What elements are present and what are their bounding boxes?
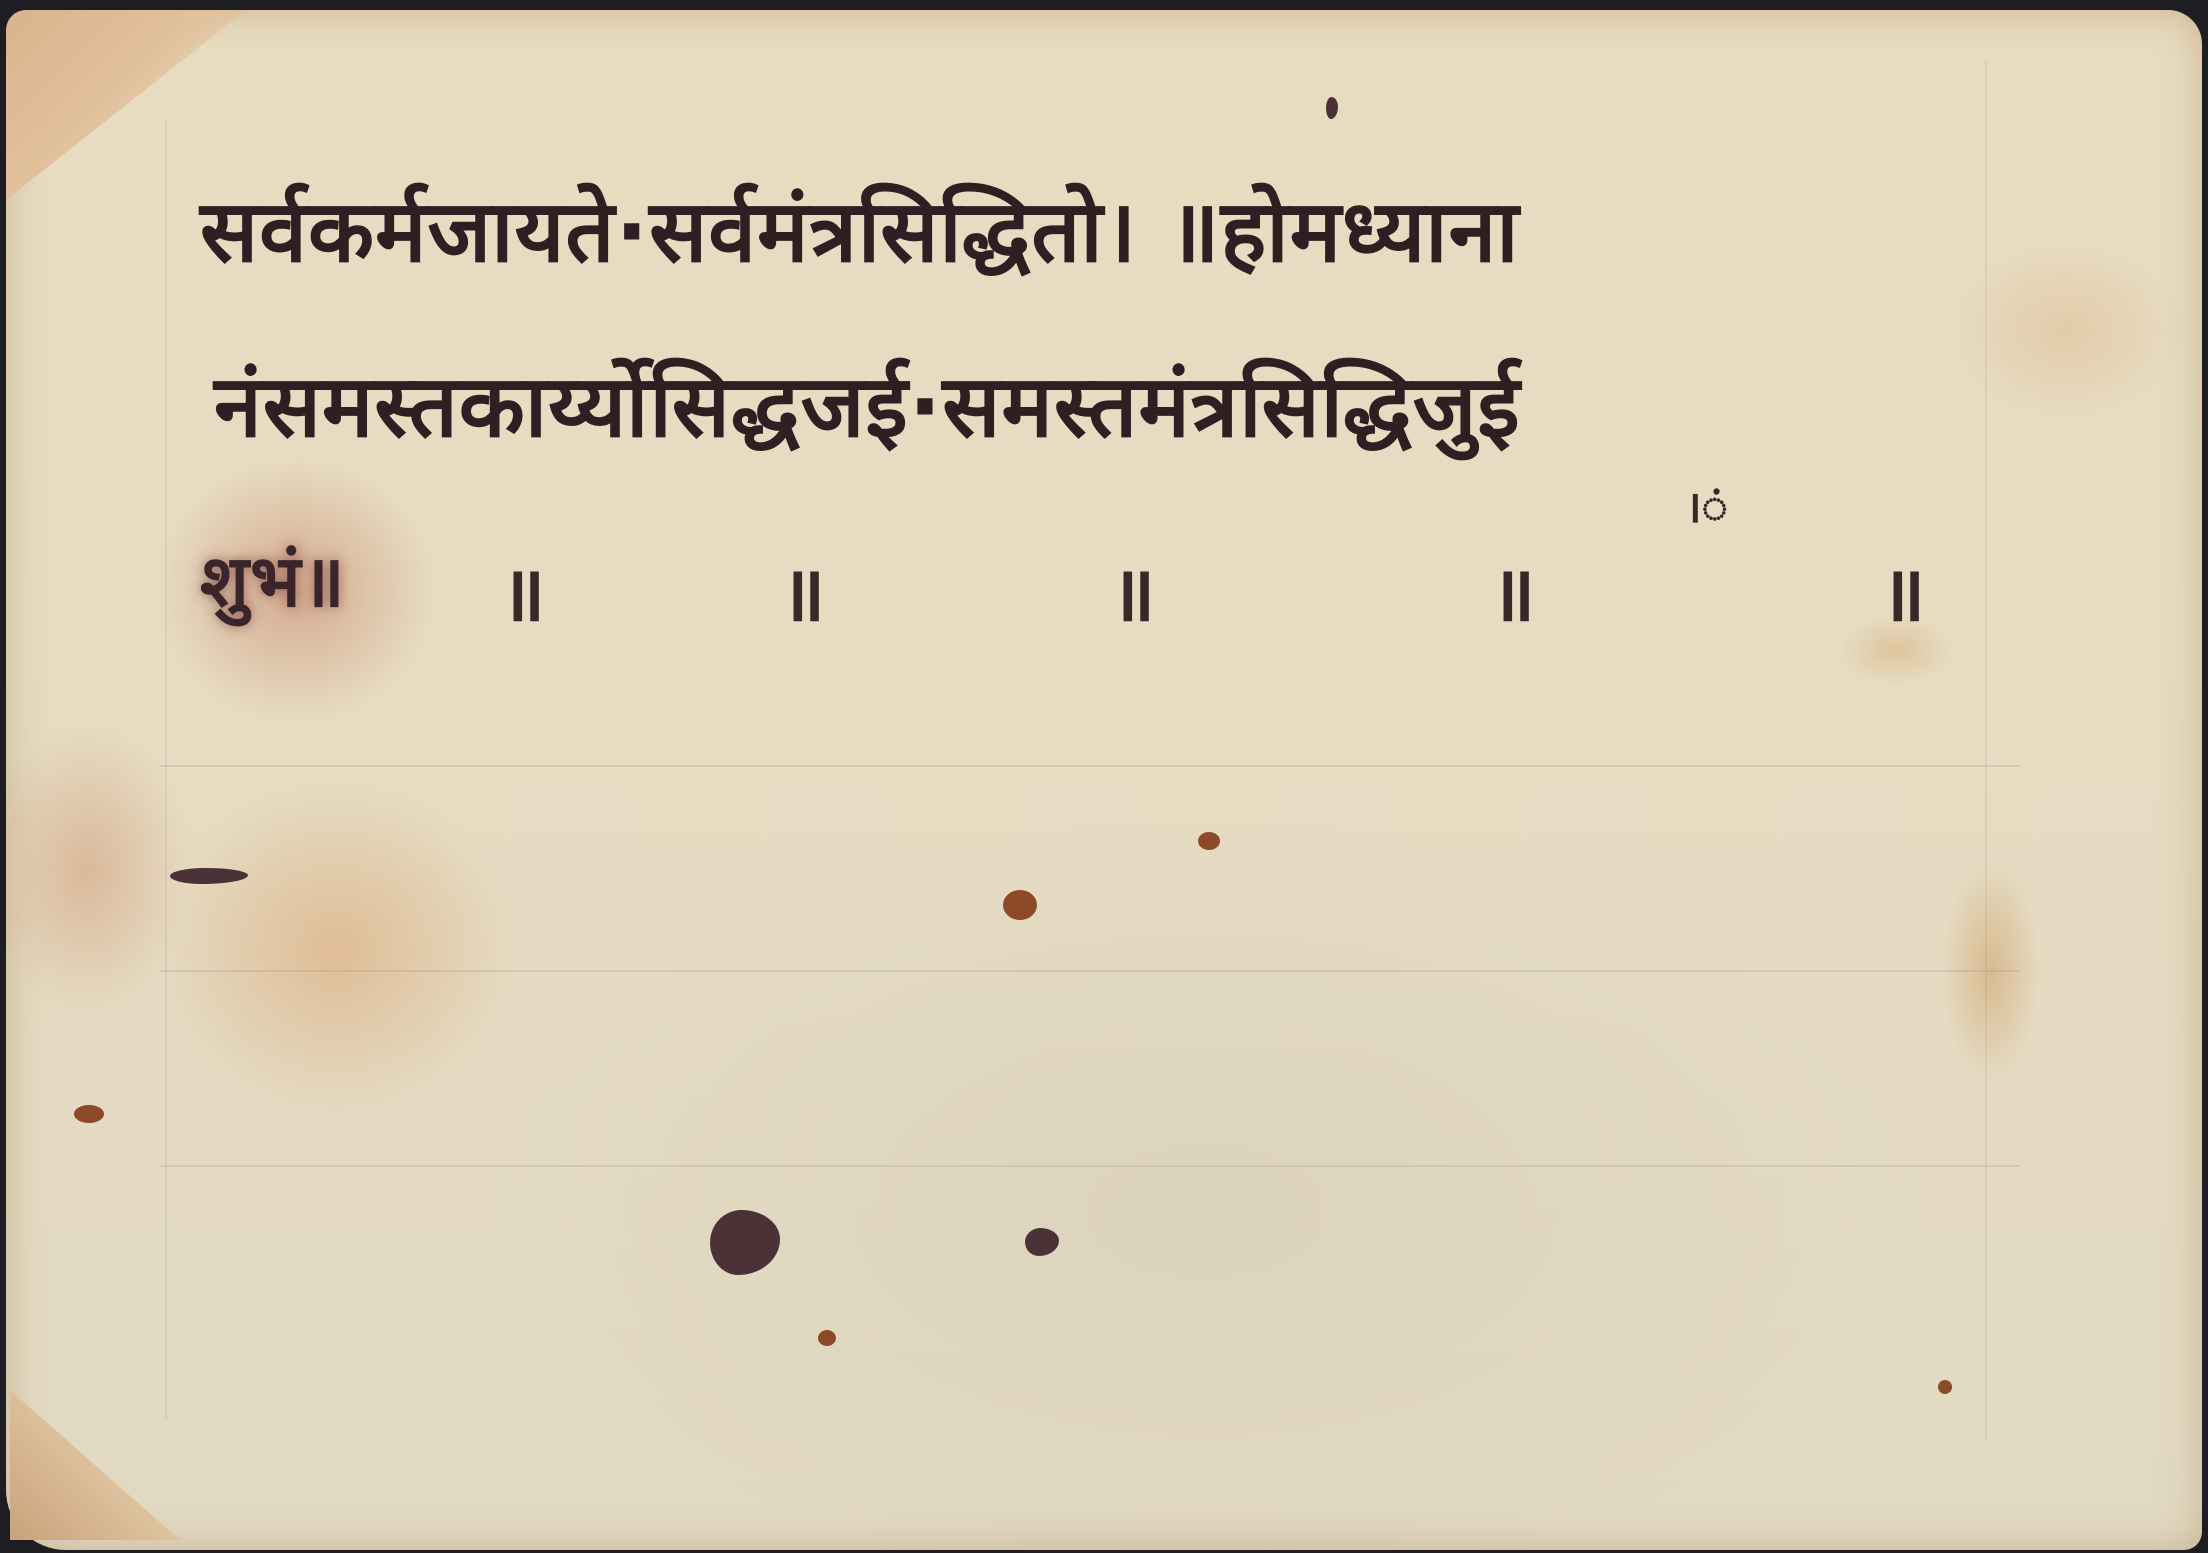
ruled-margin-line <box>165 120 167 1420</box>
interlinear-marks: ।ं <box>1685 475 1728 535</box>
double-danda: ॥ <box>1110 540 1156 643</box>
ruled-line <box>160 765 2020 767</box>
rust-spot <box>1003 890 1037 920</box>
rust-spot <box>1198 832 1220 850</box>
double-danda: ॥ <box>780 540 826 643</box>
double-danda: ॥ <box>500 540 546 643</box>
rust-spot <box>74 1105 104 1123</box>
ruled-line <box>160 1165 2020 1167</box>
manuscript-line-3: शुभं॥ <box>200 530 346 628</box>
double-danda: ॥ <box>1490 540 1536 643</box>
double-danda: ॥ <box>1880 540 1926 643</box>
rust-spot <box>1938 1380 1952 1394</box>
rust-spot <box>818 1330 836 1346</box>
ruled-margin-line <box>1985 60 1987 1440</box>
ruled-line <box>160 970 2020 972</box>
manuscript-line-2: नंसमस्तकार्य्योसिद्धजई·समस्तमंत्रसिद्धिज… <box>214 345 1521 462</box>
manuscript-line-1: सर्वकर्मजायते·सर्वमंत्रसिद्धितो। ॥होमध्य… <box>200 170 1520 287</box>
